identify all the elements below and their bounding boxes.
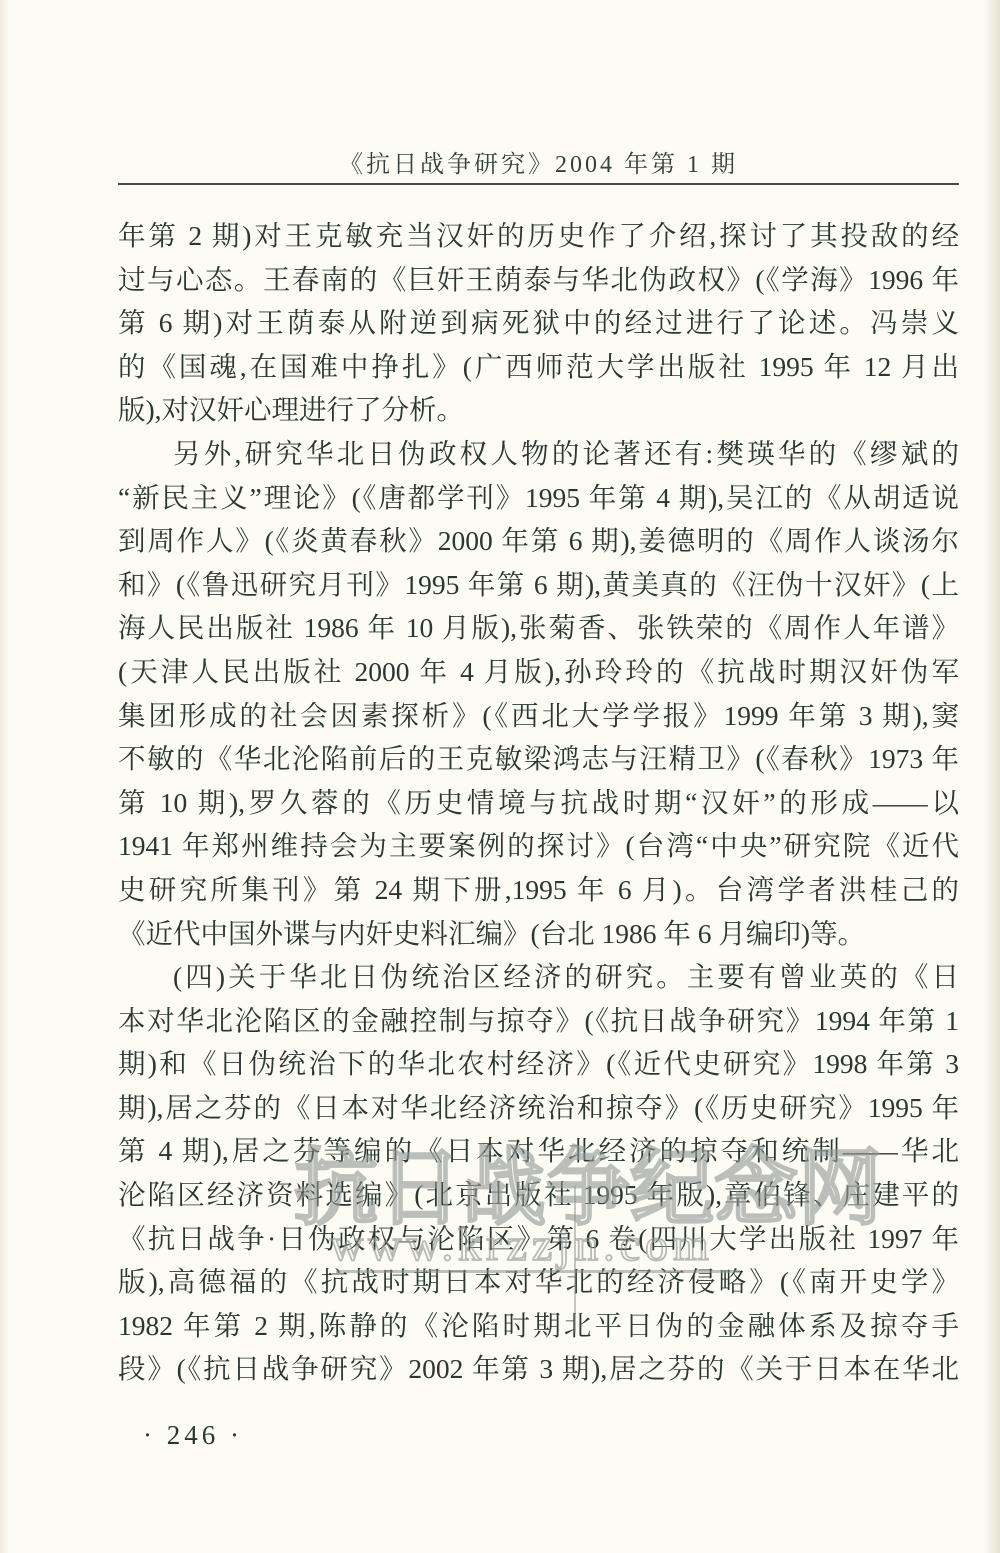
text-line: 本对华北沦陷区的金融控制与掠夺》(《抗日战争研究》1994 年第 1 [118, 999, 959, 1043]
text-line: 期),居之芬的《日本对华北经济统治和掠夺》(《历史研究》1995 年 [118, 1086, 959, 1130]
paragraph-3: (四)关于华北日伪统治区经济的研究。主要有曾业英的《日 本对华北沦陷区的金融控制… [118, 955, 959, 1391]
text-line: 1982 年第 2 期,陈静的《沦陷时期北平日伪的金融体系及掠夺手 [118, 1304, 959, 1348]
text-line: 段》(《抗日战争研究》2002 年第 3 期),居之芬的《关于日本在华北 [118, 1347, 959, 1391]
journal-header: 《抗日战争研究》2004 年第 1 期 [118, 144, 959, 179]
text-line: 1941 年郑州维持会为主要案例的探讨》(台湾“中央”研究院《近代 [118, 824, 959, 868]
text-line: 第 4 期),居之芬等编的《日本对华北经济的掠夺和统制——华北 [118, 1129, 959, 1173]
text-line: 史研究所集刊》第 24 期下册,1995 年 6 月)。台湾学者洪桂己的 [118, 868, 959, 912]
scan-edge-right [984, 0, 1000, 1553]
text-line: 版),对汉奸心理进行了分析。 [118, 388, 959, 432]
text-line: “新民主义”理论》(《唐都学刊》1995 年第 4 期),吴江的《从胡适说 [118, 476, 959, 520]
text-line: 集团形成的社会因素探析》(《西北大学学报》1999 年第 3 期),窦 [118, 694, 959, 738]
paragraph-1: 年第 2 期)对王克敏充当汉奸的历史作了介绍,探讨了其投敌的经 过与心态。王春南… [118, 214, 959, 432]
scanned-journal-page: 《抗日战争研究》2004 年第 1 期 年第 2 期)对王克敏充当汉奸的历史作了… [0, 0, 1000, 1553]
header-rule [118, 183, 959, 185]
text-line: 沦陷区经济资料选编》(北京出版社 1995 年版),章伯锋、庄建平的 [118, 1173, 959, 1217]
text-line: 第 6 期)对王荫泰从附逆到病死狱中的经过进行了论述。冯崇义 [118, 301, 959, 345]
text-line: 到周作人》(《炎黄春秋》2000 年第 6 期),姜德明的《周作人谈汤尔 [118, 519, 959, 563]
text-line: 和》(《鲁迅研究月刊》1995 年第 6 期),黄美真的《汪伪十汉奸》(上 [118, 563, 959, 607]
text-line: 过与心态。王春南的《巨奸王荫泰与华北伪政权》(《学海》1996 年 [118, 258, 959, 302]
text-line: 版),高德福的《抗战时期日本对华北的经济侵略》(《南开史学》 [118, 1260, 959, 1304]
scan-edge-left [0, 0, 8, 1553]
text-line: 《近代中国外谍与内奸史料汇编》(台北 1986 年 6 月编印)等。 [118, 912, 959, 956]
text-line: 期)和《日伪统治下的华北农村经济》(《近代史研究》1998 年第 3 [118, 1042, 959, 1086]
text-line: 年第 2 期)对王克敏充当汉奸的历史作了介绍,探讨了其投敌的经 [118, 214, 959, 258]
text-line: (四)关于华北日伪统治区经济的研究。主要有曾业英的《日 [118, 955, 959, 999]
text-line: 《抗日战争·日伪政权与沦陷区》第 6 卷(四川大学出版社 1997 年 [118, 1217, 959, 1261]
text-line: 第 10 期),罗久蓉的《历史情境与抗战时期“汉奸”的形成——以 [118, 781, 959, 825]
text-line: 另外,研究华北日伪政权人物的论著还有:樊瑛华的《缪斌的 [118, 432, 959, 476]
paragraph-2: 另外,研究华北日伪政权人物的论著还有:樊瑛华的《缪斌的 “新民主义”理论》(《唐… [118, 432, 959, 955]
text-line: 海人民出版社 1986 年 10 月版),张菊香、张铁荣的《周作人年谱》 [118, 606, 959, 650]
text-line: 的《国魂,在国难中挣扎》(广西师范大学出版社 1995 年 12 月出 [118, 345, 959, 389]
text-line: 不敏的《华北沦陷前后的王克敏梁鸿志与汪精卫》(《春秋》1973 年 [118, 737, 959, 781]
page-number: · 246 · [143, 1420, 243, 1451]
text-line: (天津人民出版社 2000 年 4 月版),孙玲玲的《抗战时期汉奸伪军 [118, 650, 959, 694]
page-body: 年第 2 期)对王克敏充当汉奸的历史作了介绍,探讨了其投敌的经 过与心态。王春南… [118, 214, 959, 1391]
